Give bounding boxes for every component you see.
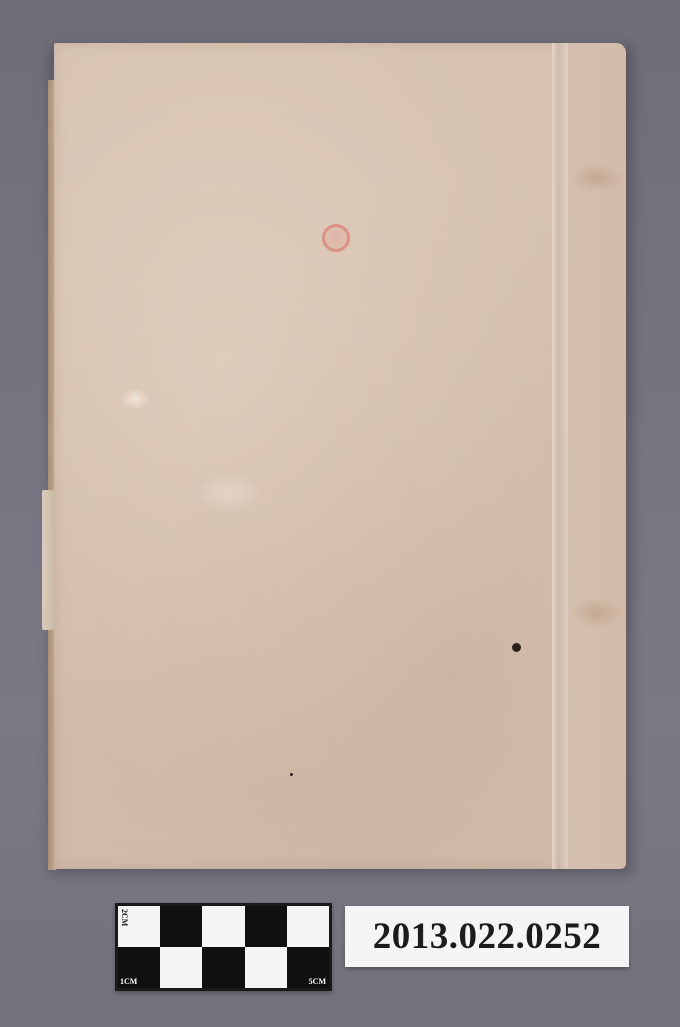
protruding-page-edge <box>42 490 54 630</box>
scale-label-5cm: 5CM <box>309 977 326 986</box>
ink-speck <box>512 643 521 652</box>
spine-stain <box>570 163 624 193</box>
spine-stain <box>570 598 624 628</box>
paper-blotch <box>194 473 264 513</box>
spine-fold-line <box>552 43 568 869</box>
paper-blotch <box>120 388 150 410</box>
accession-number: 2013.022.0252 <box>373 915 602 958</box>
scale-checker-grid: 2CM 1CM 5CM <box>118 906 329 988</box>
book-back-cover <box>54 43 626 869</box>
color-scale-bar: 2CM 1CM 5CM <box>115 903 332 991</box>
scale-label-1cm: 1CM <box>120 977 137 986</box>
red-seal-stamp-icon <box>322 224 350 252</box>
ink-speck <box>290 773 293 776</box>
accession-number-label: 2013.022.0252 <box>345 906 629 967</box>
scale-label-2cm: 2CM <box>120 909 129 926</box>
